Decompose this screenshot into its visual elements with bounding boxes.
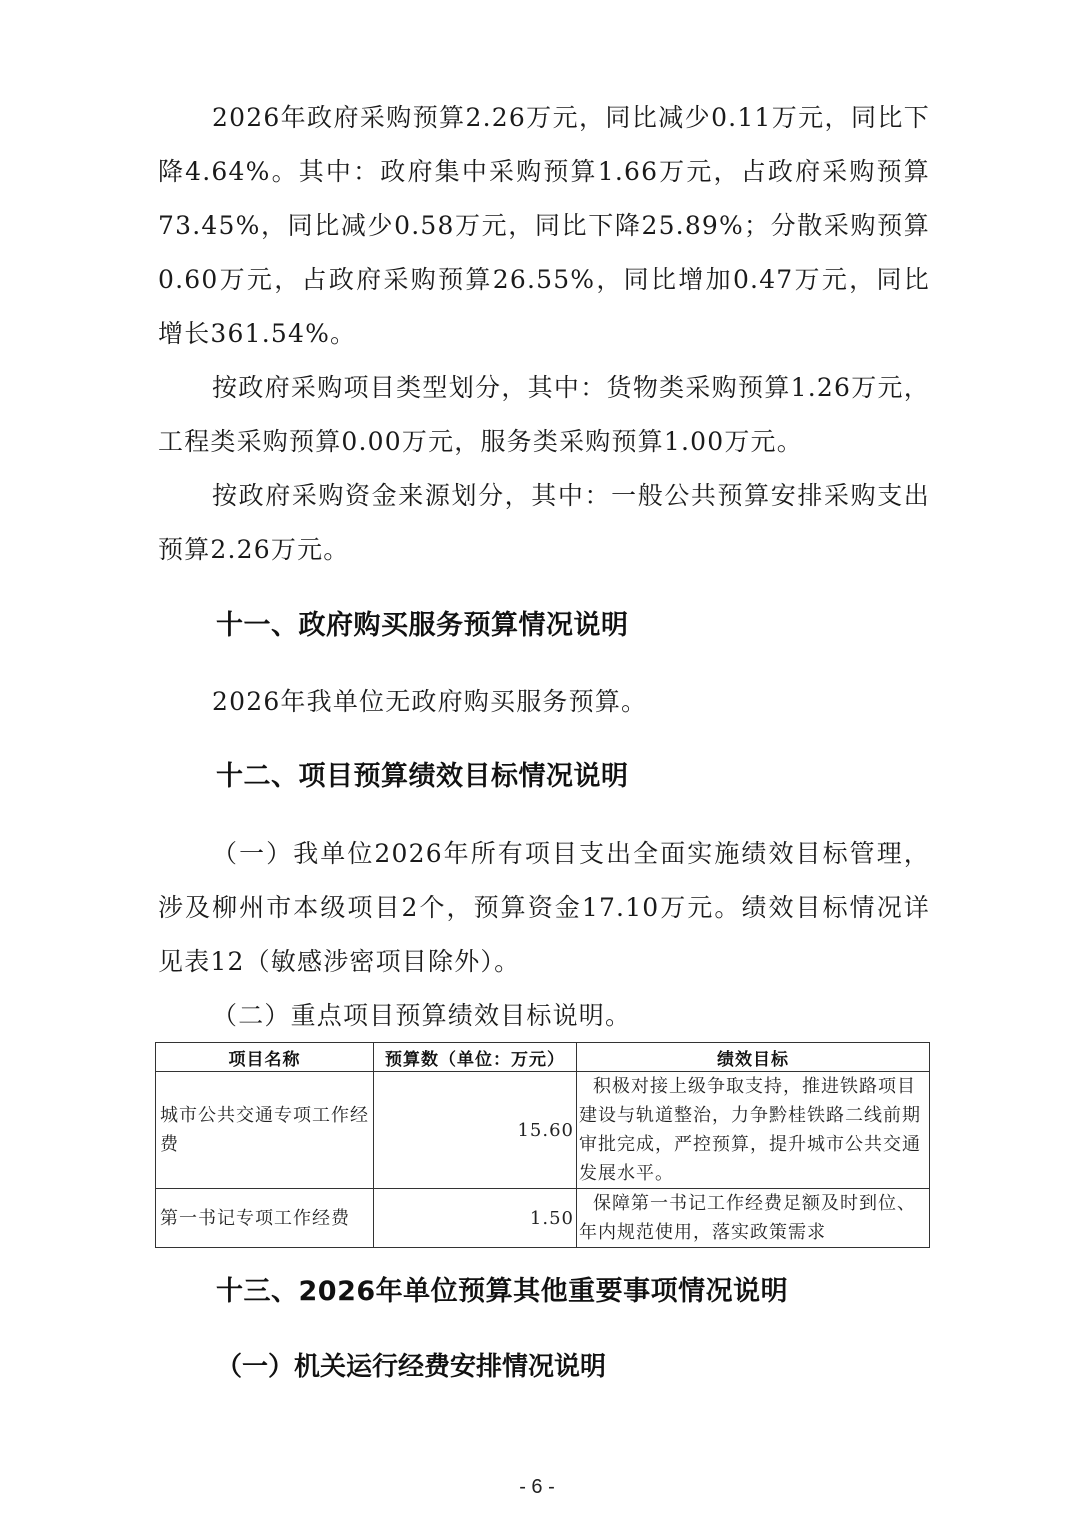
- paragraph-procurement-by-source: 按政府采购资金来源划分，其中：一般公共预算安排采购支出预算2.26万元。: [158, 469, 930, 577]
- section-11-heading: 十一、政府购买服务预算情况说明: [216, 606, 629, 646]
- section-11-body: 2026年我单位无政府购买服务预算。: [212, 675, 984, 729]
- document-page: 2026年政府采购预算2.26万元，同比减少0.11万元，同比下降4.64%。其…: [0, 0, 1074, 1520]
- performance-goals-table: 项目名称 预算数（单位：万元） 绩效目标 城市公共交通专项工作经费 15.60 …: [155, 1042, 930, 1248]
- column-header-project-name: 项目名称: [156, 1043, 374, 1072]
- paragraph-procurement-total: 2026年政府采购预算2.26万元，同比减少0.11万元，同比下降4.64%。其…: [158, 91, 930, 361]
- paragraph-procurement-by-type: 按政府采购项目类型划分，其中：货物类采购预算1.26万元，工程类采购预算0.00…: [158, 361, 930, 469]
- section-12-paragraph-2: （二）重点项目预算绩效目标说明。: [158, 989, 930, 1043]
- cell-performance-goal: 积极对接上级争取支持，推进铁路项目建设与轨道整治，力争黔桂铁路二线前期审批完成，…: [577, 1072, 930, 1189]
- cell-budget-amount: 15.60: [374, 1072, 577, 1189]
- section-12-paragraph-1: （一）我单位2026年所有项目支出全面实施绩效目标管理，涉及柳州市本级项目2个，…: [158, 827, 930, 989]
- cell-project-name: 城市公共交通专项工作经费: [156, 1072, 374, 1189]
- table-header-row: 项目名称 预算数（单位：万元） 绩效目标: [156, 1043, 930, 1072]
- section-12-heading: 十二、项目预算绩效目标情况说明: [216, 757, 629, 797]
- cell-budget-amount: 1.50: [374, 1189, 577, 1248]
- section-13-subheading-1: （一）机关运行经费安排情况说明: [216, 1347, 606, 1387]
- table-row: 第一书记专项工作经费 1.50 保障第一书记工作经费足额及时到位、年内规范使用，…: [156, 1189, 930, 1248]
- column-header-budget-amount: 预算数（单位：万元）: [374, 1043, 577, 1072]
- column-header-performance-goal: 绩效目标: [577, 1043, 930, 1072]
- cell-performance-goal: 保障第一书记工作经费足额及时到位、年内规范使用，落实政策需求: [577, 1189, 930, 1248]
- cell-project-name: 第一书记专项工作经费: [156, 1189, 374, 1248]
- page-number: - 6 -: [0, 1476, 1074, 1499]
- section-13-heading: 十三、2026年单位预算其他重要事项情况说明: [216, 1272, 788, 1312]
- table-row: 城市公共交通专项工作经费 15.60 积极对接上级争取支持，推进铁路项目建设与轨…: [156, 1072, 930, 1189]
